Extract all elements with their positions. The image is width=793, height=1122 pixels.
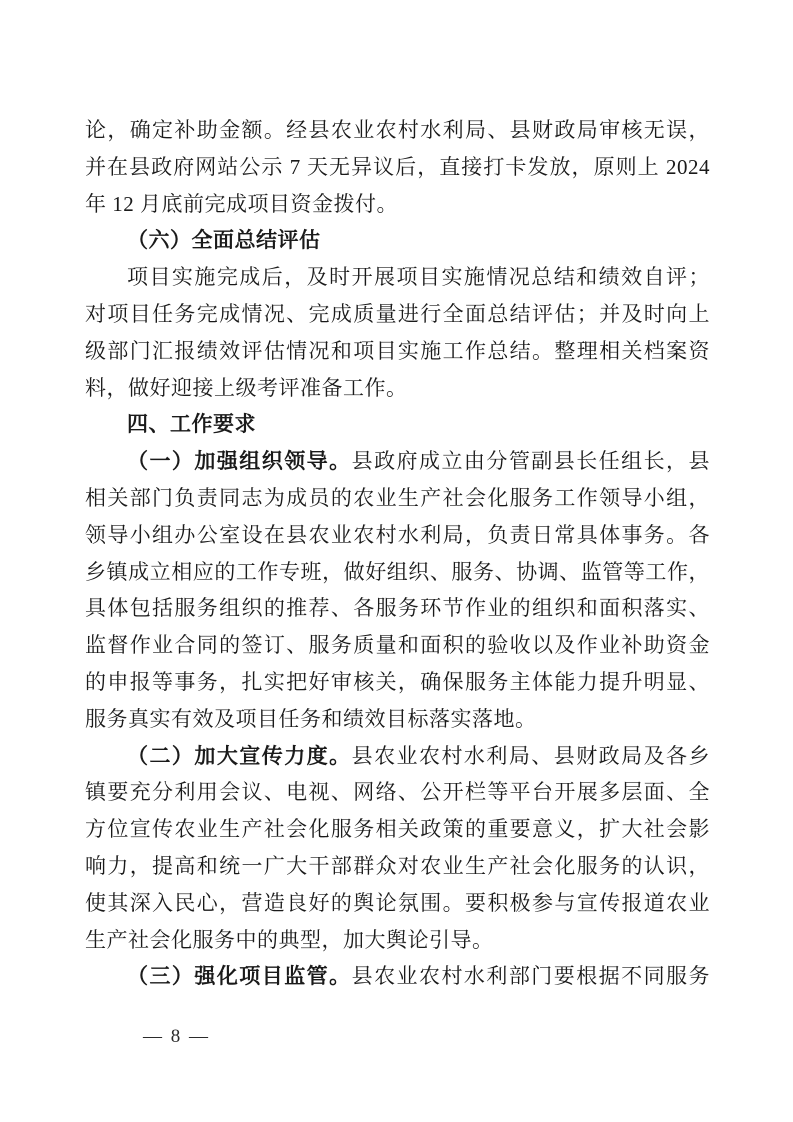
text-line: 领导小组办公室设在县农业农村水利局，负责日常具体事务。各 [85,517,710,554]
text-segment: 论，确定补助金额。经县农业农村水利局、县财政局审核无误， [85,118,710,142]
text-segment: 对项目任务完成情况、完成质量进行全面总结评估；并及时向上 [85,302,710,326]
text-line: 的申报等事务，扎实把好审核关，确保服务主体能力提升明显、 [85,664,710,701]
text-segment: 响力，提高和统一广大干部群众对农业生产社会化服务的认识， [85,854,710,878]
text-segment-bold: （二）加大宣传力度。 [127,744,352,768]
text-line: 服务真实有效及项目任务和绩效目标落实落地。 [85,701,710,738]
text-segment: 领导小组办公室设在县农业农村水利局，负责日常具体事务。各 [85,523,710,547]
text-segment: 项目实施完成后，及时开展项目实施情况总结和绩效自评； [127,265,710,289]
text-segment: 相关部门负责同志为成员的农业生产社会化服务工作领导小组， [85,486,710,510]
text-line: 使其深入民心，营造良好的舆论氛围。要积极参与宣传报道农业 [85,885,710,922]
text-segment: 方位宣传农业生产社会化服务相关政策的重要意义，扩大社会影 [85,817,710,841]
text-line: 四、工作要求 [85,406,710,443]
text-segment: 的申报等事务，扎实把好审核关，确保服务主体能力提升明显、 [85,670,710,694]
text-line: 并在县政府网站公示 7 天无异议后，直接打卡发放，原则上 2024 [85,149,710,186]
text-line: 相关部门负责同志为成员的农业生产社会化服务工作领导小组， [85,480,710,517]
text-segment: 服务真实有效及项目任务和绩效目标落实落地。 [85,707,537,731]
text-segment: 年 12 月底前完成项目资金拨付。 [85,192,398,216]
text-segment: 县政府成立由分管副县长任组长，县 [352,449,710,473]
text-line: 响力，提高和统一广大干部群众对农业生产社会化服务的认识， [85,848,710,885]
text-segment-bold: （六）全面总结评估 [127,228,321,252]
text-segment: 乡镇成立相应的工作专班，做好组织、服务、协调、监管等工作， [85,560,710,584]
text-line: 级部门汇报绩效评估情况和项目实施工作总结。整理相关档案资 [85,333,710,370]
text-line: 论，确定补助金额。经县农业农村水利局、县财政局审核无误， [85,112,710,149]
text-segment-bold: （一）加强组织领导。 [127,449,352,473]
text-line: （一）加强组织领导。县政府成立由分管副县长任组长，县 [85,443,710,480]
text-line: 监督作业合同的签订、服务质量和面积的验收以及作业补助资金 [85,627,710,664]
text-segment: 具体包括服务组织的推荐、各服务环节作业的组织和面积落实、 [85,596,710,620]
text-line: 镇要充分利用会议、电视、网络、公开栏等平台开展多层面、全 [85,774,710,811]
text-line: （三）强化项目监管。县农业农村水利部门要根据不同服务 [85,958,710,995]
text-line: （六）全面总结评估 [85,222,710,259]
text-segment-bold: 四、工作要求 [127,412,256,436]
text-line: 料，做好迎接上级考评准备工作。 [85,370,710,407]
text-line: 年 12 月底前完成项目资金拨付。 [85,186,710,223]
page-number: — 8 — [143,1026,210,1048]
document-page: 论，确定补助金额。经县农业农村水利局、县财政局审核无误，并在县政府网站公示 7 … [0,0,793,1122]
text-segment: 并在县政府网站公示 7 天无异议后，直接打卡发放，原则上 2024 [85,155,710,179]
text-segment: 料，做好迎接上级考评准备工作。 [85,376,408,400]
text-segment-bold: （三）强化项目监管。 [127,964,352,988]
text-line: 方位宣传农业生产社会化服务相关政策的重要意义，扩大社会影 [85,811,710,848]
text-segment: 监督作业合同的签订、服务质量和面积的验收以及作业补助资金 [85,633,710,657]
text-line: 生产社会化服务中的典型，加大舆论引导。 [85,922,710,959]
text-line: 对项目任务完成情况、完成质量进行全面总结评估；并及时向上 [85,296,710,333]
text-segment: 县农业农村水利局、县财政局及各乡 [352,744,710,768]
text-segment: 生产社会化服务中的典型，加大舆论引导。 [85,928,494,952]
text-line: 项目实施完成后，及时开展项目实施情况总结和绩效自评； [85,259,710,296]
text-segment: 镇要充分利用会议、电视、网络、公开栏等平台开展多层面、全 [85,780,710,804]
text-line: 具体包括服务组织的推荐、各服务环节作业的组织和面积落实、 [85,590,710,627]
text-segment: 县农业农村水利部门要根据不同服务 [352,964,710,988]
text-line: （二）加大宣传力度。县农业农村水利局、县财政局及各乡 [85,738,710,775]
text-segment: 级部门汇报绩效评估情况和项目实施工作总结。整理相关档案资 [85,339,710,363]
text-line: 乡镇成立相应的工作专班，做好组织、服务、协调、监管等工作， [85,554,710,591]
text-segment: 使其深入民心，营造良好的舆论氛围。要积极参与宣传报道农业 [85,891,710,915]
document-body: 论，确定补助金额。经县农业农村水利局、县财政局审核无误，并在县政府网站公示 7 … [85,112,710,995]
